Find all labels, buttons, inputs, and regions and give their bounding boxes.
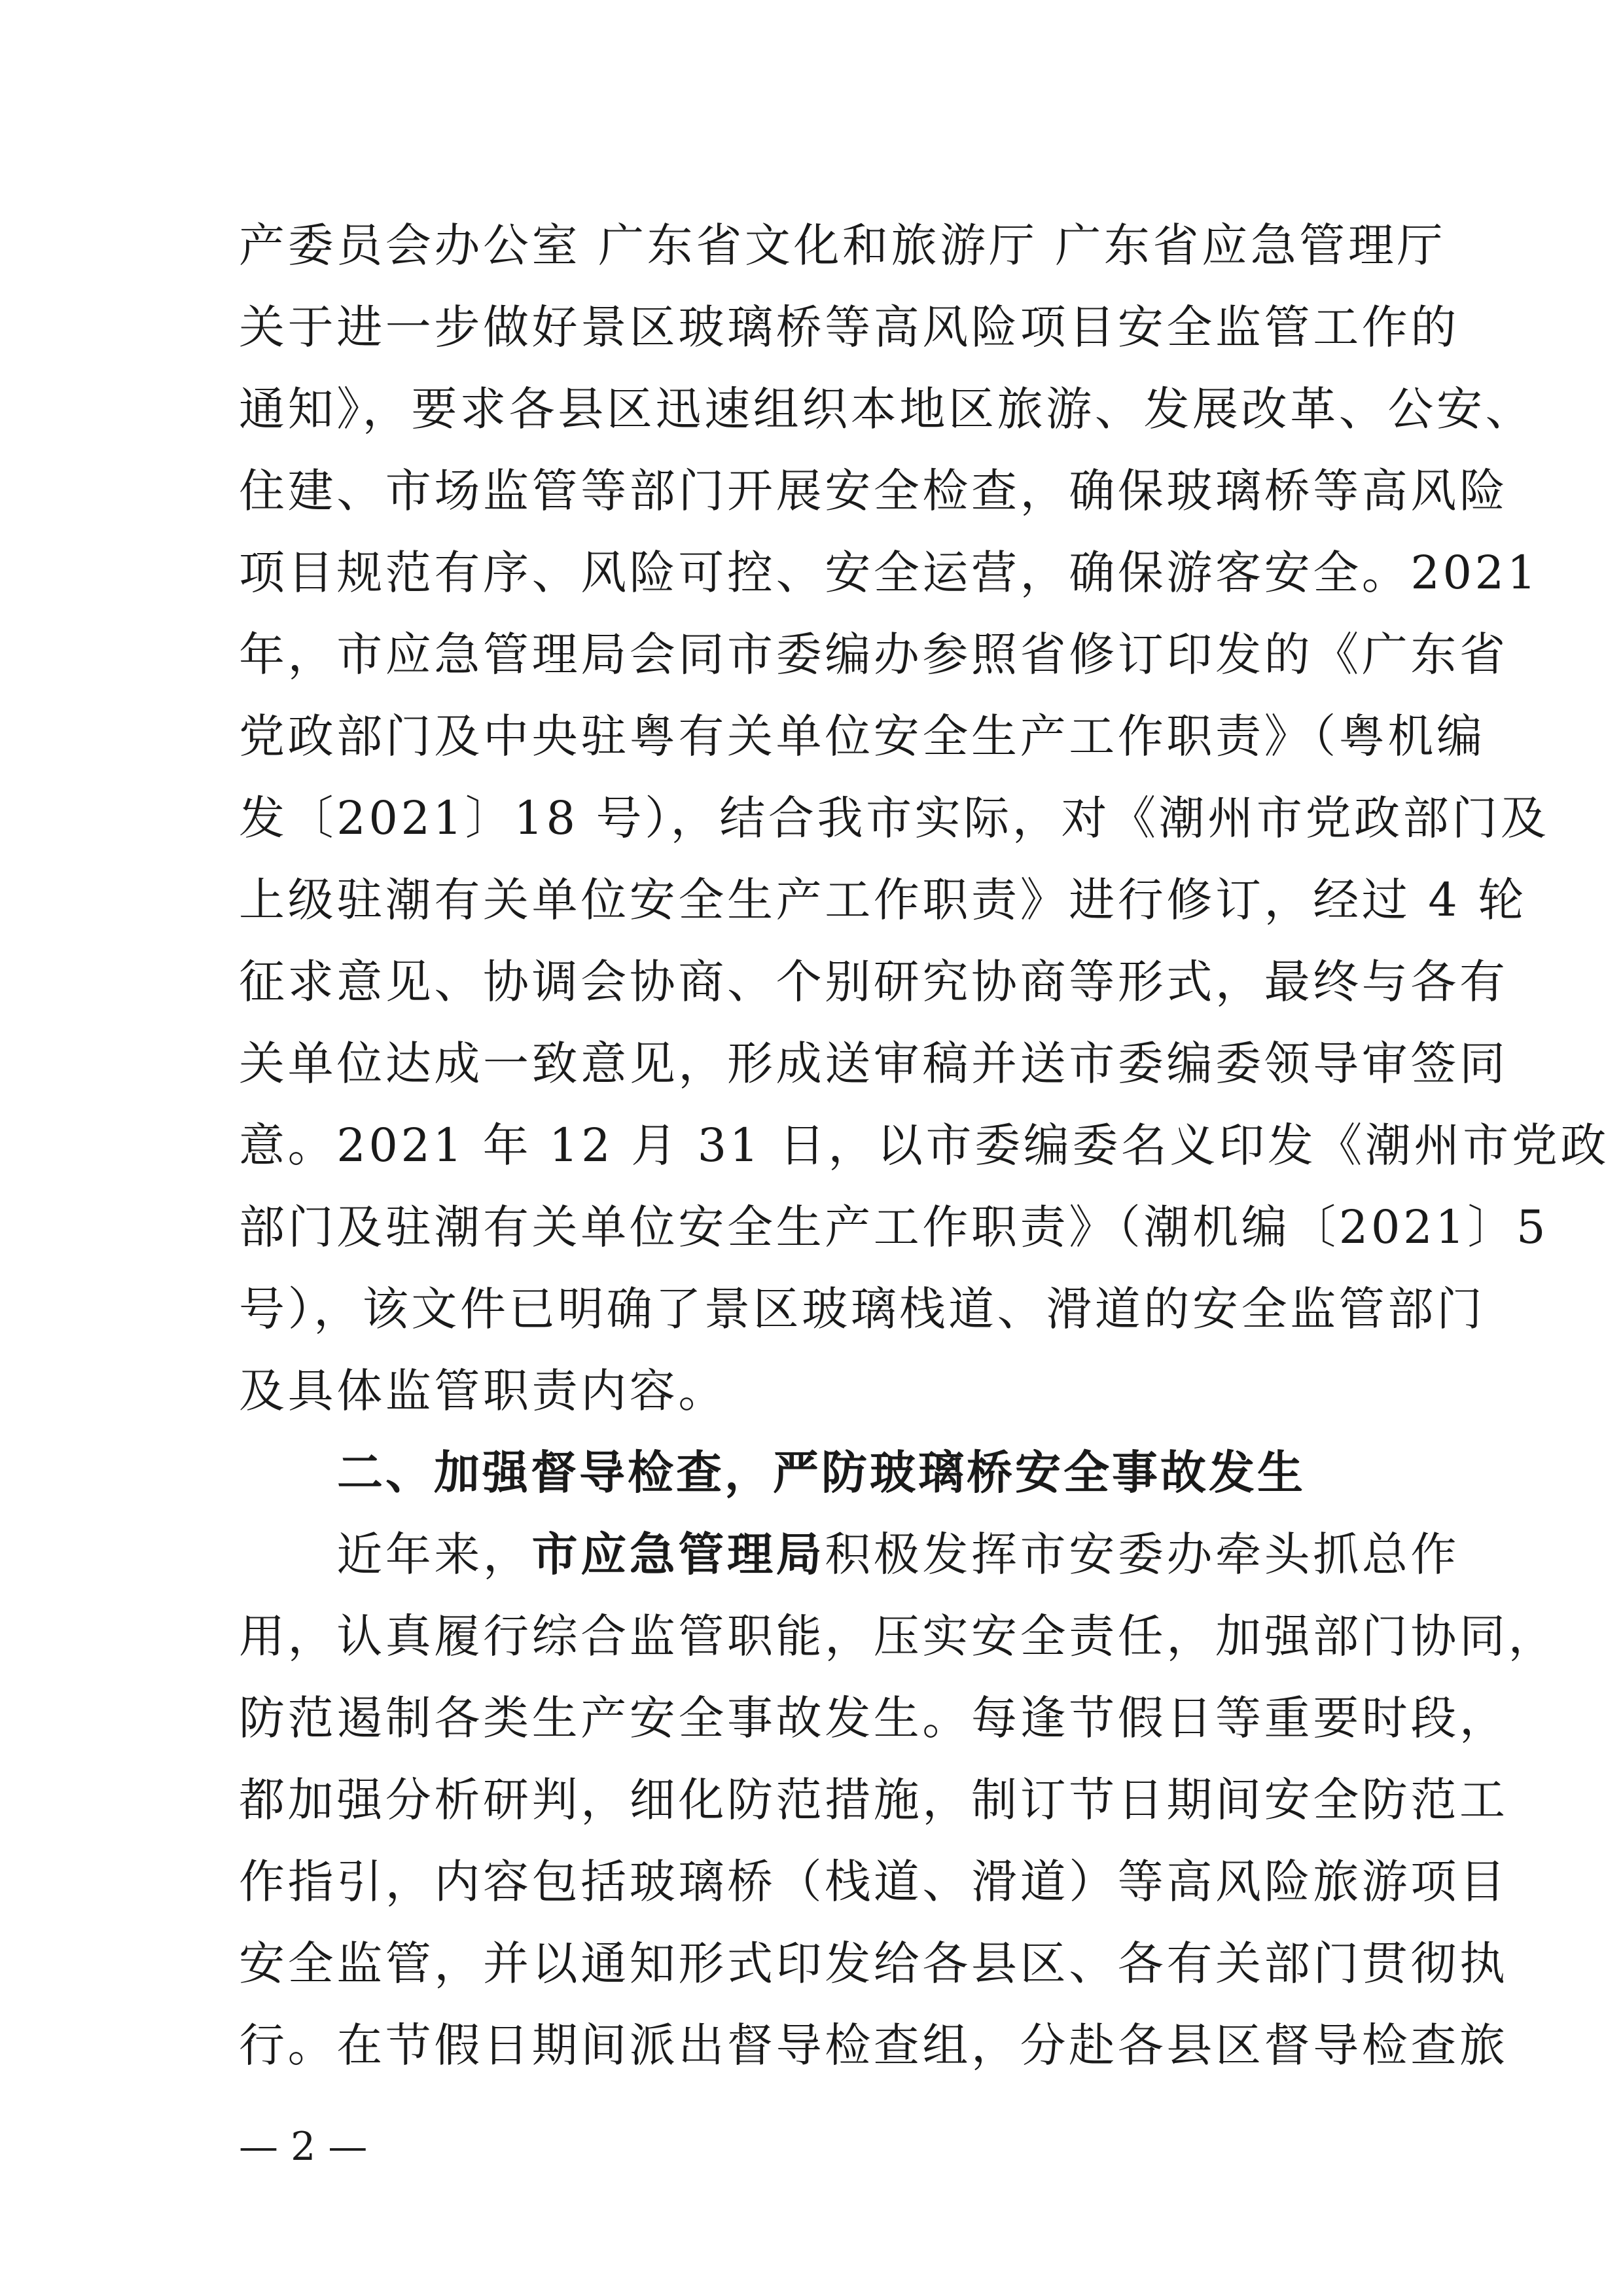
body-line: 通知》，要求各县区迅速组织本地区旅游、发展改革、公安、 xyxy=(239,383,1534,435)
body-line-first: 近年来，市应急管理局积极发挥市安委办牵头抓总作 xyxy=(239,1528,1459,1581)
body-line: 意。2021 年 12 月 31 日，以市委编委名义印发《潮州市党政 xyxy=(239,1119,1609,1172)
body-line: 防范遏制各类生产安全事故发生。每逢节假日等重要时段， xyxy=(239,1692,1508,1744)
body-line: 用，认真履行综合监管职能，压实安全责任，加强部门协同， xyxy=(239,1610,1557,1662)
paragraph-indent xyxy=(239,1528,336,1581)
page-number: — 2 — xyxy=(239,2121,367,2173)
section-heading: 二、加强督导检查，严防玻璃桥安全事故发生 xyxy=(337,1446,1306,1499)
body-line: 都加强分析研判，细化防范措施，制订节日期间安全防范工 xyxy=(239,1774,1508,1826)
body-line: 关于进一步做好景区玻璃桥等高风险项目安全监管工作的 xyxy=(239,301,1459,353)
body-line: 项目规范有序、风险可控、安全运营，确保游客安全。2021 xyxy=(239,547,1539,599)
body-line: 行。在节假日期间派出督导检查组，分赴各县区督导检查旅 xyxy=(239,2019,1508,2072)
body-line: 及具体监管职责内容。 xyxy=(239,1365,727,1417)
document-page: 产委员会办公室 广东省文化和旅游厅 广东省应急管理厅 关于进一步做好景区玻璃桥等… xyxy=(0,0,1623,2296)
body-line: 部门及驻潮有关单位安全生产工作职责》（潮机编〔2021〕5 xyxy=(239,1201,1548,1253)
bold-org-name: 市应急管理局 xyxy=(532,1528,825,1581)
body-line: 年，市应急管理局会同市委编办参照省修订印发的《广东省 xyxy=(239,628,1508,681)
body-line: 作指引，内容包括玻璃桥（栈道、滑道）等高风险旅游项目 xyxy=(239,1856,1508,1908)
body-line: 住建、市场监管等部门开展安全检查，确保玻璃桥等高风险 xyxy=(239,465,1508,517)
body-line: 关单位达成一致意见，形成送审稿并送市委编委领导审签同 xyxy=(239,1037,1508,1090)
body-line: 安全监管，并以通知形式印发给各县区、各有关部门贯彻执 xyxy=(239,1937,1508,1990)
body-text: 近年来， xyxy=(336,1528,531,1581)
body-line: 上级驻潮有关单位安全生产工作职责》进行修订，经过 4 轮 xyxy=(239,874,1527,926)
body-line: 号），该文件已明确了景区玻璃栈道、滑道的安全监管部门 xyxy=(239,1283,1486,1335)
body-line: 发〔2021〕18 号），结合我市实际，对《潮州市党政部门及 xyxy=(239,792,1549,844)
body-text: 积极发挥市安委办牵头抓总作 xyxy=(825,1528,1459,1581)
body-line: 产委员会办公室 广东省文化和旅游厅 广东省应急管理厅 xyxy=(239,219,1446,272)
body-line: 征求意见、协调会协商、个别研究协商等形式，最终与各有 xyxy=(239,956,1508,1008)
body-line: 党政部门及中央驻粤有关单位安全生产工作职责》（粤机编 xyxy=(239,710,1486,762)
